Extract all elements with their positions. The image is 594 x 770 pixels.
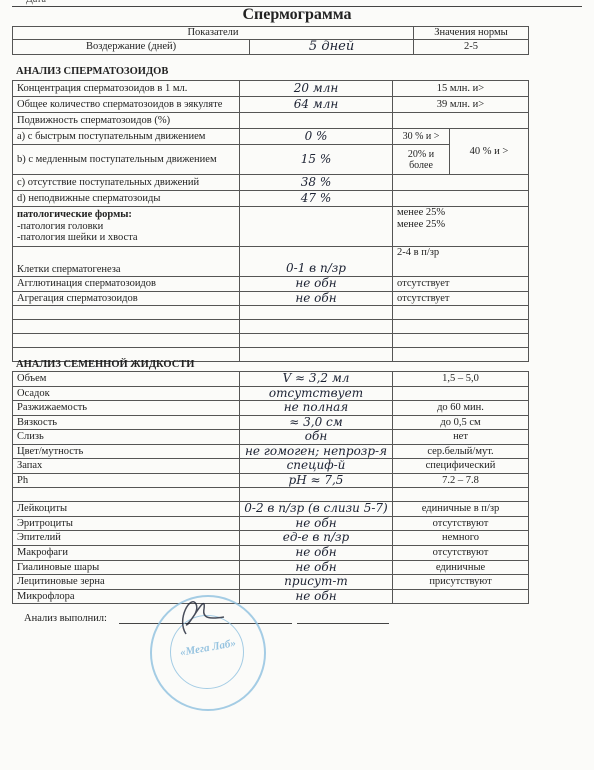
row-norm — [393, 488, 529, 502]
table-row-pathology: патологические формы: -патология головки… — [13, 207, 529, 247]
table-row: c) отсутствие поступательных движений 38… — [13, 175, 529, 191]
row-value: не обн — [240, 516, 393, 531]
row-norm: сер.белый/мут. — [393, 444, 529, 459]
row-label: Объем — [13, 372, 240, 387]
table-row: Запахспециф-йспецифический — [13, 459, 529, 474]
row-label: Гиалиновые шары — [13, 560, 240, 575]
table-row: Лецитиновые зернаприсут-тприсутствуют — [13, 575, 529, 590]
abstinence-label: Воздержание (дней) — [13, 40, 250, 55]
table-row: Лейкоциты0-2 в п/зр (в слизи 5-7)единичн… — [13, 502, 529, 517]
table-row-empty — [13, 306, 529, 320]
row-label: Цвет/мутность — [13, 444, 240, 459]
table-row: а) с быстрым поступательным движением 0 … — [13, 129, 529, 145]
table-row — [13, 488, 529, 502]
row-value: не обн — [240, 589, 393, 604]
sperm-analysis-table: Концентрация сперматозоидов в 1 мл. 20 м… — [12, 80, 529, 362]
row-label: Эритроциты — [13, 516, 240, 531]
performed-by-label: Анализ выполнил: — [24, 613, 107, 624]
table-row: Слизьобннет — [13, 430, 529, 445]
row-value — [240, 488, 393, 502]
row-label: Запах — [13, 459, 240, 474]
table-row: Агглютинация сперматозоидов не обн отсут… — [13, 277, 529, 292]
table-row: Подвижность сперматозоидов (%) — [13, 113, 529, 129]
table-row: Эпителийед-е в п/зрнемного — [13, 531, 529, 546]
row-norm: до 0,5 см — [393, 415, 529, 430]
name-line — [297, 623, 389, 624]
table-row: PhpH ≈ 7,57.2 – 7.8 — [13, 473, 529, 488]
row-label: Эпителий — [13, 531, 240, 546]
sperm-analysis-heading: АНАЛИЗ СПЕРМАТОЗОИДОВ — [16, 66, 168, 77]
row-norm: 7.2 – 7.8 — [393, 473, 529, 488]
table-row: Макрофагине обнотсутствуют — [13, 546, 529, 561]
row-label: Ph — [13, 473, 240, 488]
row-norm: 1,5 – 5,0 — [393, 372, 529, 387]
table-row: Осадокотсутствует — [13, 386, 529, 401]
pathology-head: -патология головки — [17, 221, 235, 233]
row-value: отсутствует — [240, 386, 393, 401]
table-row: Общее количество сперматозоидов в эякуля… — [13, 97, 529, 113]
row-norm — [393, 589, 529, 604]
row-value: не полная — [240, 401, 393, 416]
row-label: Вязкость — [13, 415, 240, 430]
row-value: не гомоген; непрозр-я — [240, 444, 393, 459]
motility-combined-norm: 40 % и > — [450, 129, 529, 175]
row-label: Слизь — [13, 430, 240, 445]
table-row: Агрегация сперматозоидов не обн отсутств… — [13, 291, 529, 306]
row-norm: до 60 мин. — [393, 401, 529, 416]
page-title: Спермограмма — [0, 6, 594, 24]
row-norm: отсутствуют — [393, 546, 529, 561]
row-value: присут-т — [240, 575, 393, 590]
row-value: специф-й — [240, 459, 393, 474]
row-norm: нет — [393, 430, 529, 445]
table-row-empty — [13, 320, 529, 334]
table-row: Разжижаемостьне полнаядо 60 мин. — [13, 401, 529, 416]
table-row: Гиалиновые шарыне обнединичные — [13, 560, 529, 575]
row-label: Разжижаемость — [13, 401, 240, 416]
table-row: d) неподвижные сперматозоиды 47 % — [13, 191, 529, 207]
pathology-heading: патологические формы: — [17, 209, 235, 221]
table-row: Клетки сперматогенеза 0-1 в п/зр 2-4 в п… — [13, 247, 529, 277]
abstinence-value: 5 дней — [250, 40, 414, 55]
date-label: Дата — [26, 0, 46, 5]
table-row: ОбъемV ≈ 3,2 мл1,5 – 5,0 — [13, 372, 529, 387]
signature-scribble-icon — [166, 589, 226, 639]
row-value: V ≈ 3,2 мл — [240, 372, 393, 387]
row-norm: немного — [393, 531, 529, 546]
col-indicators: Показатели — [13, 27, 414, 40]
row-norm: присутствуют — [393, 575, 529, 590]
col-norms: Значения нормы — [414, 27, 529, 40]
row-label: Осадок — [13, 386, 240, 401]
fluid-analysis-table: ОбъемV ≈ 3,2 мл1,5 – 5,0Осадокотсутствуе… — [12, 371, 529, 604]
table-row: Цвет/мутностьне гомоген; непрозр-ясер.бе… — [13, 444, 529, 459]
table-row: Эритроцитыне обнотсутствуют — [13, 516, 529, 531]
row-label — [13, 488, 240, 502]
row-norm: единичные в п/зр — [393, 502, 529, 517]
row-norm: единичные — [393, 560, 529, 575]
row-norm: специфический — [393, 459, 529, 474]
row-value: не обн — [240, 560, 393, 575]
header-table: Показатели Значения нормы Воздержание (д… — [12, 26, 529, 55]
row-label: Лецитиновые зерна — [13, 575, 240, 590]
row-value: ≈ 3,0 см — [240, 415, 393, 430]
row-value: ед-е в п/зр — [240, 531, 393, 546]
fluid-analysis-heading: АНАЛИЗ СЕМЕННОЙ ЖИДКОСТИ — [16, 359, 194, 370]
table-row: Вязкость≈ 3,0 смдо 0,5 см — [13, 415, 529, 430]
table-row-empty — [13, 334, 529, 348]
pathology-neck-tail: -патология шейки и хвоста — [17, 232, 235, 244]
table-row: Концентрация сперматозоидов в 1 мл. 20 м… — [13, 81, 529, 97]
row-label: Лейкоциты — [13, 502, 240, 517]
row-label: Макрофаги — [13, 546, 240, 561]
abstinence-norm: 2-5 — [414, 40, 529, 55]
row-value: обн — [240, 430, 393, 445]
row-norm: отсутствуют — [393, 516, 529, 531]
row-value: не обн — [240, 546, 393, 561]
lab-stamp: «Мега Лаб» — [150, 595, 266, 711]
row-value: 0-2 в п/зр (в слизи 5-7) — [240, 502, 393, 517]
row-norm — [393, 386, 529, 401]
table-row: Микрофлоране обн — [13, 589, 529, 604]
row-value: pH ≈ 7,5 — [240, 473, 393, 488]
